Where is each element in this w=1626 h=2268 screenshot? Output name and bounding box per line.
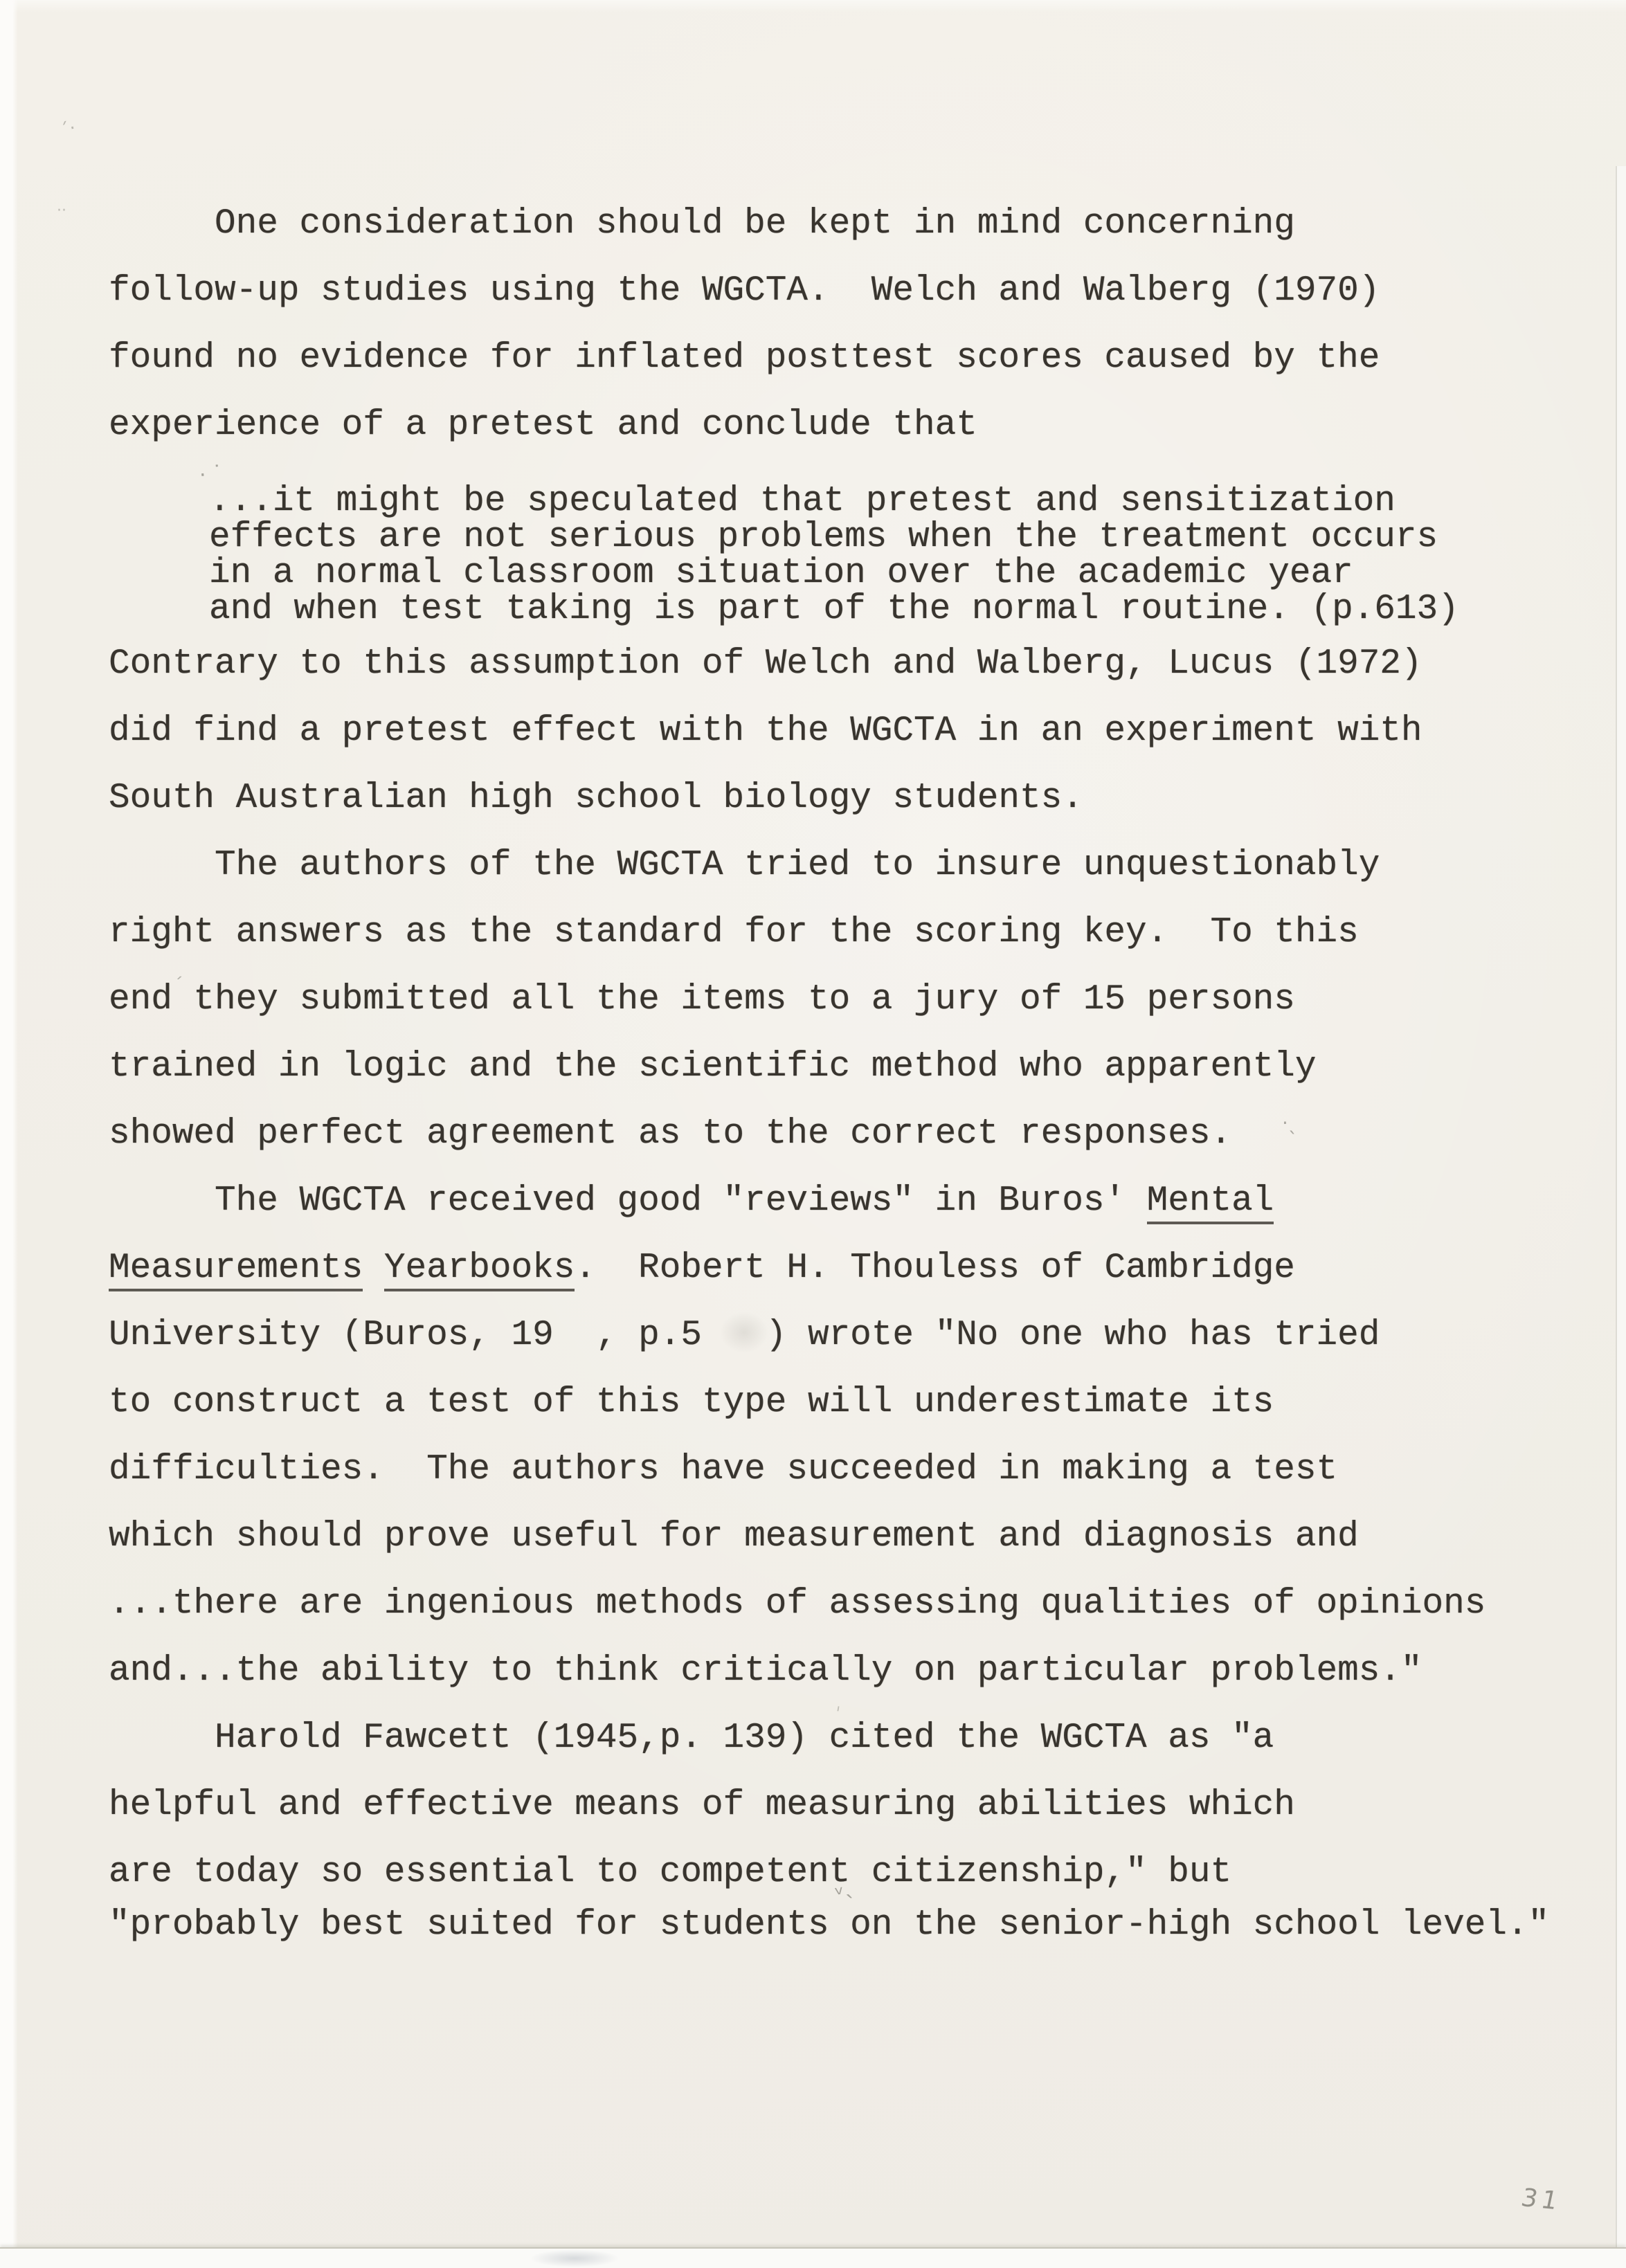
- text-line: right answers as the standard for the sc…: [109, 915, 1562, 950]
- text-line: ...there are ingenious methods of assess…: [109, 1586, 1562, 1622]
- text-line: which should prove useful for measuremen…: [109, 1519, 1562, 1554]
- text-line: experience of a pretest and conclude tha…: [109, 408, 1562, 443]
- text-line: helpful and effective means of measuring…: [109, 1788, 1562, 1823]
- underlined-text: Yearbooks: [384, 1249, 575, 1291]
- document-page: One consideration should be kept in mind…: [0, 0, 1626, 2268]
- text-line: University (Buros, 19 , p.5 ) wrote "No …: [109, 1318, 1562, 1353]
- pencil-smudge-bottom: [530, 2249, 620, 2267]
- stray-dot-after-responses: ·ˎ: [1282, 1112, 1298, 1134]
- text-line: and when test taking is part of the norm…: [109, 592, 1562, 627]
- text-line: "probably best suited for students on th…: [109, 1907, 1562, 1943]
- pencil-caret-under-citizenship: ᵥˎ: [832, 1871, 856, 1900]
- paper-right-edge: [1616, 166, 1626, 2268]
- text-line: to construct a test of this type will un…: [109, 1385, 1562, 1420]
- text-line: The WGCTA received good "reviews" in Bur…: [109, 1183, 1562, 1219]
- text-line: end they submitted all the items to a ju…: [109, 982, 1562, 1017]
- text-line: showed perfect agreement as to the corre…: [109, 1116, 1562, 1152]
- stray-dots-above-quote: · ˙: [198, 461, 224, 487]
- text-segment: [363, 1249, 384, 1288]
- text-line: Contrary to this assumption of Welch and…: [109, 646, 1562, 682]
- text-line: The authors of the WGCTA tried to insure…: [109, 848, 1562, 883]
- text-line: follow-up studies using the WGCTA. Welch…: [109, 273, 1562, 309]
- text-line: Measurements Yearbooks. Robert H. Thoule…: [109, 1251, 1562, 1286]
- paper-bottom-edge: [0, 2247, 1626, 2268]
- text-line: ...it might be speculated that pretest a…: [109, 484, 1562, 519]
- text-line: and...the ability to think critically on…: [109, 1653, 1562, 1689]
- text-line: in a normal classroom situation over the…: [109, 556, 1562, 591]
- text-line: effects are not serious problems when th…: [109, 520, 1562, 555]
- text-line: trained in logic and the scientific meth…: [109, 1049, 1562, 1085]
- page-number: 31: [1519, 2184, 1564, 2215]
- typewritten-text: One consideration should be kept in mind…: [109, 206, 1562, 1943]
- pencil-mark-top-left: ˊ·: [59, 118, 78, 141]
- text-line: did find a pretest effect with the WGCTA…: [109, 714, 1562, 749]
- pencil-mark-left: ··: [57, 202, 66, 219]
- text-line: South Australian high school biology stu…: [109, 781, 1562, 816]
- text-segment: . Robert H. Thouless of Cambridge: [575, 1249, 1295, 1288]
- paper-top-edge: [0, 0, 1626, 12]
- paper-left-edge: [0, 0, 18, 2268]
- underlined-text: Mental: [1147, 1181, 1274, 1224]
- underlined-text: Measurements: [109, 1249, 363, 1291]
- text-line: difficulties. The authors have succeeded…: [109, 1452, 1562, 1487]
- text-line: One consideration should be kept in mind…: [109, 206, 1562, 242]
- text-segment: The WGCTA received good "reviews" in Bur…: [109, 1181, 1147, 1221]
- text-line: found no evidence for inflated posttest …: [109, 341, 1562, 376]
- text-line: Harold Fawcett (1945,p. 139) cited the W…: [109, 1721, 1562, 1756]
